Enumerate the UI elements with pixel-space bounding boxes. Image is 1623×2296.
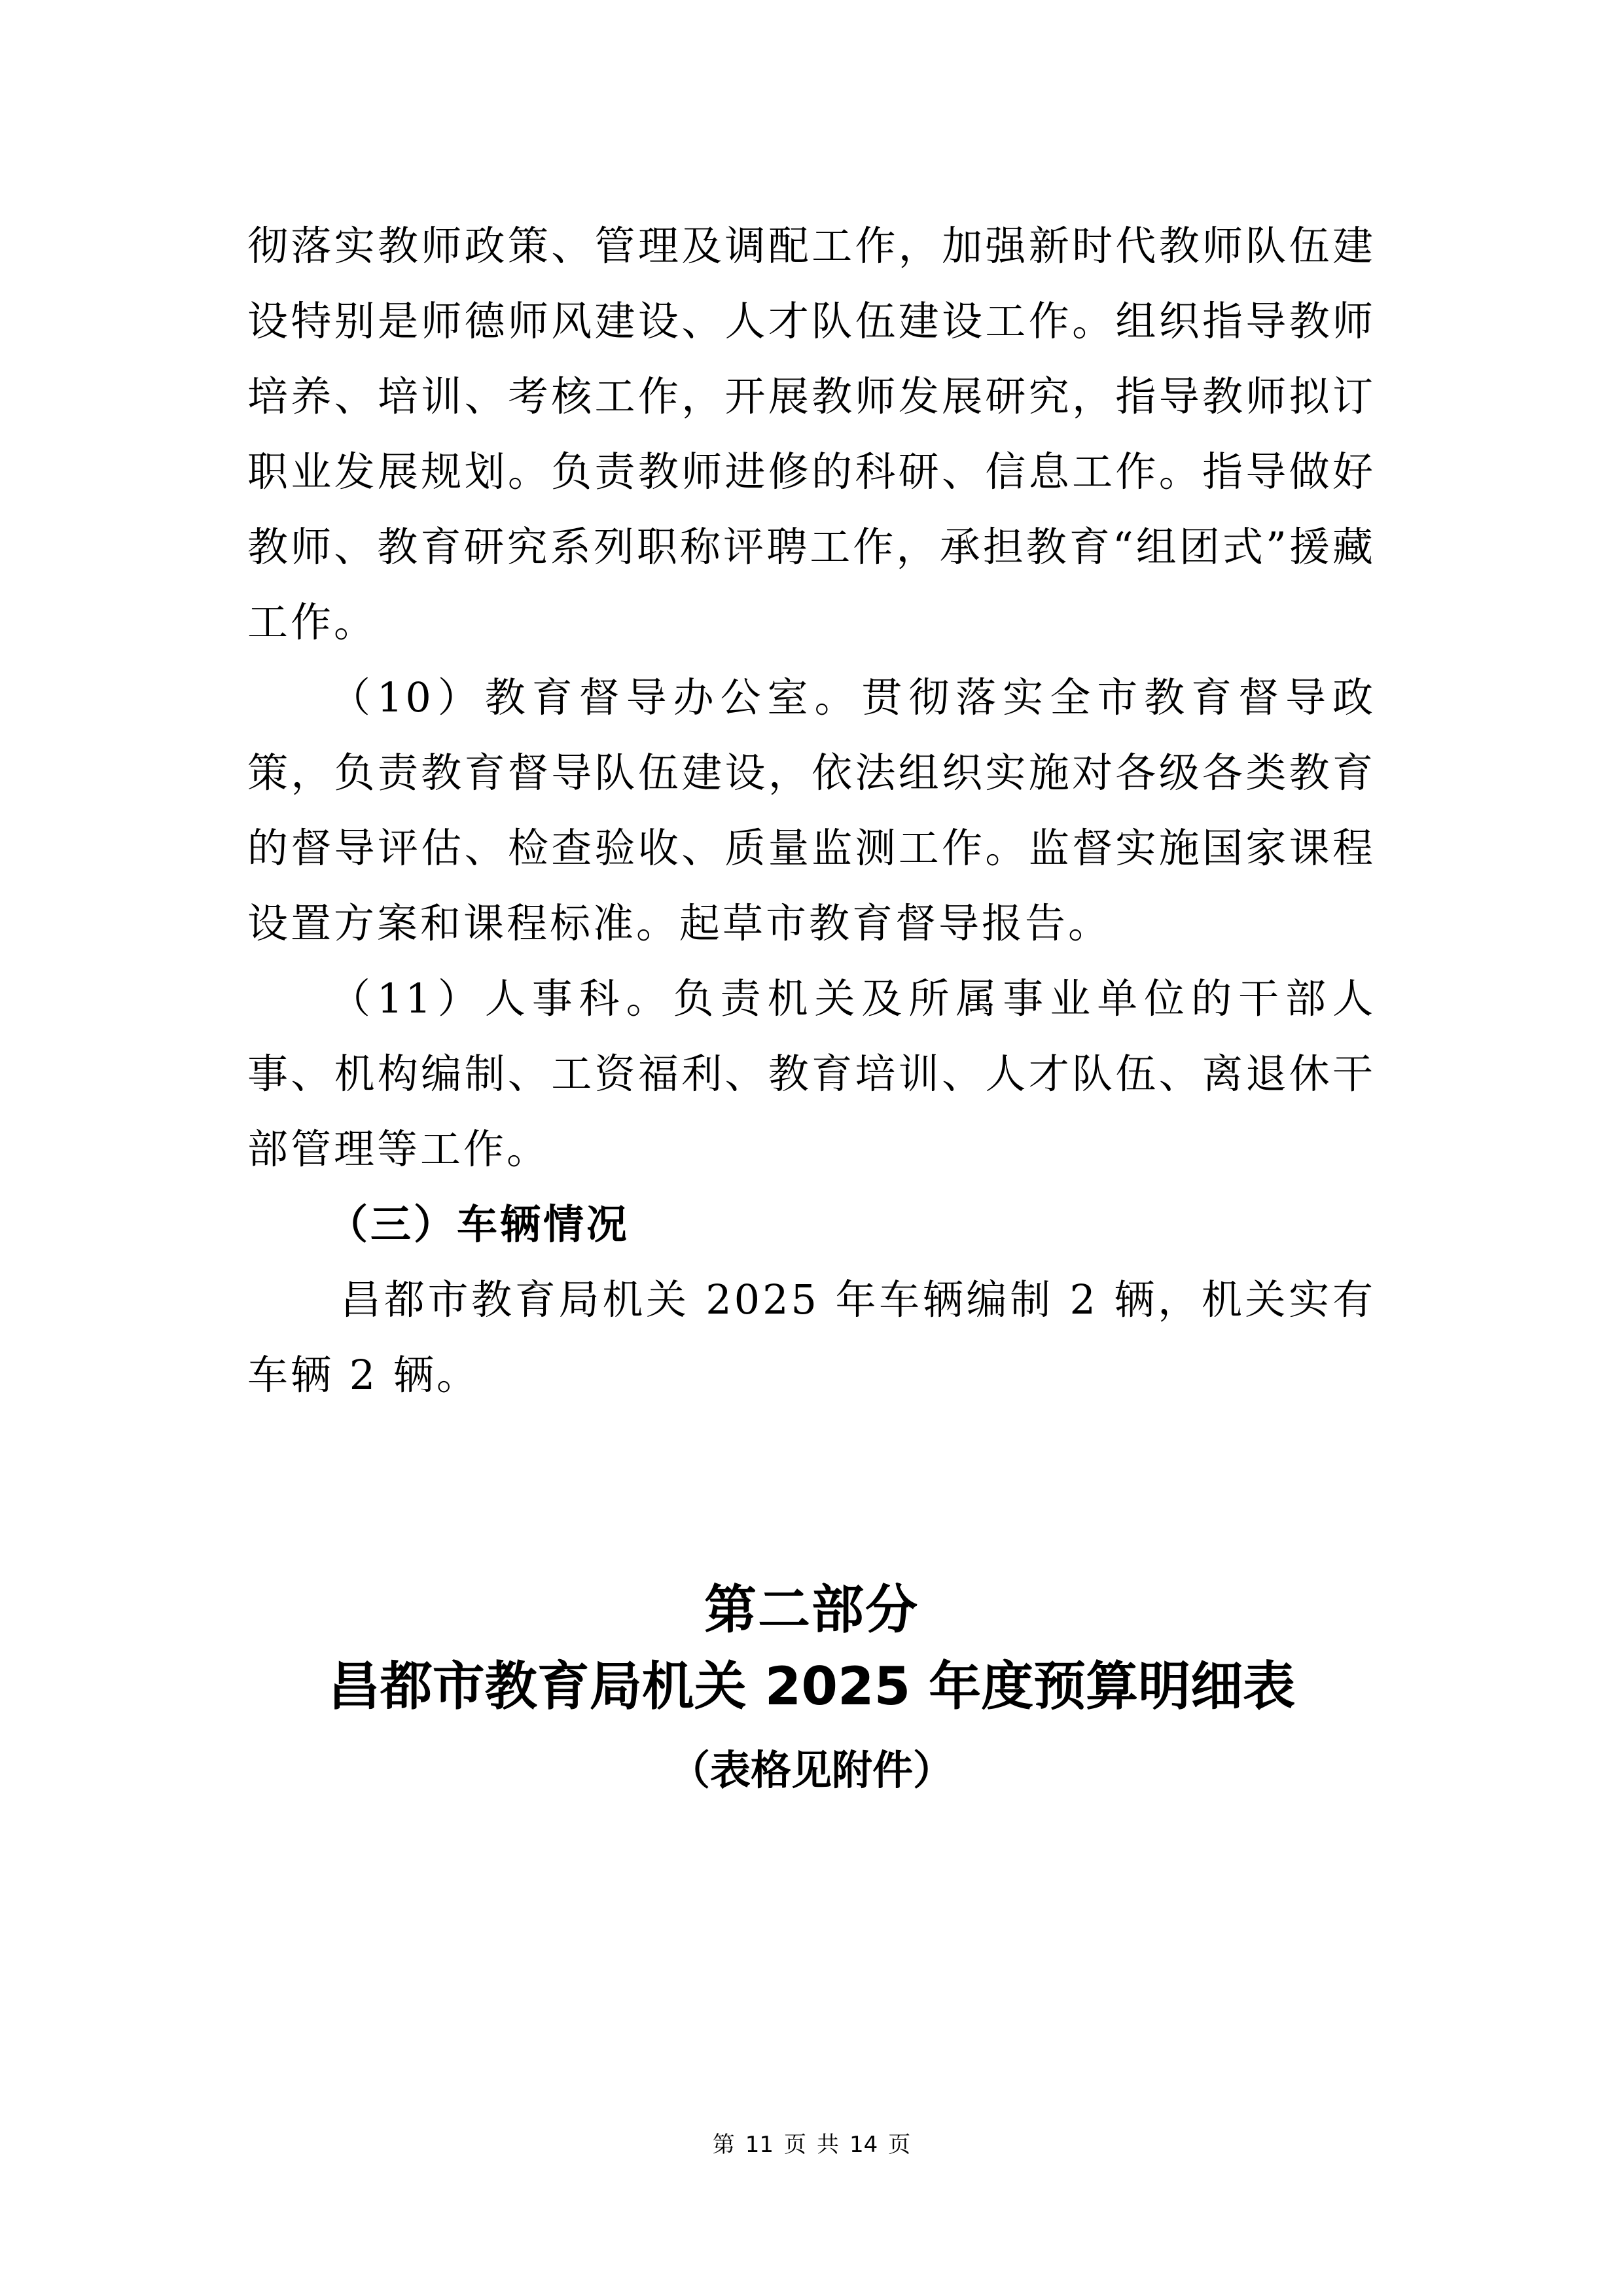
paragraph-personnel-section: （11）人事科。负责机关及所属事业单位的干部人事、机构编制、工资福利、教育培训、… <box>247 961 1376 1187</box>
section-heading-vehicles: （三）车辆情况 <box>247 1187 1376 1262</box>
paragraph-teacher-work: 彻落实教师政策、管理及调配工作，加强新时代教师队伍建设特别是师德师风建设、人才队… <box>247 208 1376 660</box>
footer-total-prefix: 共 <box>817 2132 839 2158</box>
part-two-note: （表格见附件） <box>0 1741 1623 1800</box>
footer-current-page: 11 <box>745 2132 774 2158</box>
footer-prefix: 第 <box>713 2132 735 2158</box>
page-footer: 第11页共14页 <box>0 2128 1623 2161</box>
paragraph-vehicles: 昌都市教育局机关 2025 年车辆编制 2 辆，机关实有车辆 2 辆。 <box>247 1262 1376 1412</box>
part-two-label: 第二部分 <box>0 1574 1623 1646</box>
body-text-block: 彻落实教师政策、管理及调配工作，加强新时代教师队伍建设特别是师德师风建设、人才队… <box>247 208 1376 1412</box>
paragraph-education-supervision-office: （10）教育督导办公室。贯彻落实全市教育督导政策，负责教育督导队伍建设，依法组织… <box>247 660 1376 961</box>
document-page: 彻落实教师政策、管理及调配工作，加强新时代教师队伍建设特别是师德师风建设、人才队… <box>0 0 1623 2296</box>
part-two-title: 昌都市教育局机关 2025 年度预算明细表 <box>0 1651 1623 1723</box>
footer-total-pages: 14 <box>849 2132 878 2158</box>
footer-page-word: 页 <box>784 2132 806 2158</box>
footer-suffix: 页 <box>888 2132 910 2158</box>
